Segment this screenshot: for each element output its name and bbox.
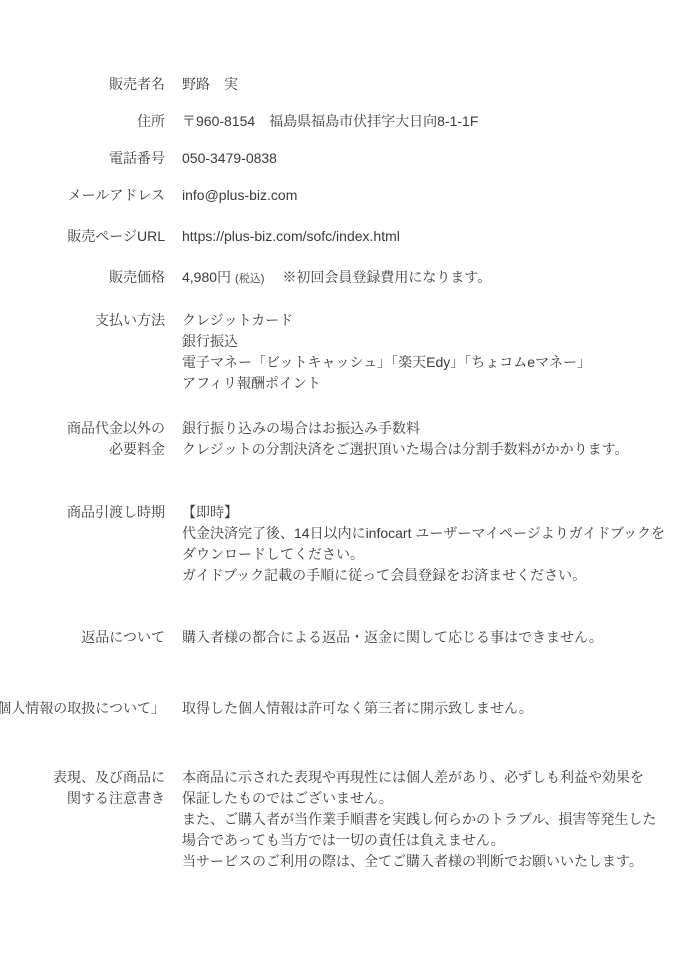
phone-label: 電話番号 [0,148,165,169]
price-tax-note: (税込) [235,269,264,290]
sales-page-url-label: 販売ページURL [0,226,165,247]
returns-policy-label: 返品について [0,627,165,648]
returns-policy-value: 購入者様の都合による返品・返金に関して応じる事はできません。 [182,627,699,648]
row-seller-name: 販売者名 野路 実 [0,74,699,95]
address-label: 住所 [0,111,165,132]
phone-value: 050-3479-0838 [182,148,699,169]
sales-page-url-value: https://plus-biz.com/sofc/index.html [182,226,699,247]
row-disclaimer: 表現、及び商品に 関する注意書き 本商品に示された表現や再現性には個人差があり、… [0,767,699,872]
row-email: メールアドレス info@plus-biz.com [0,185,699,206]
address-value: 〒960-8154 福島県福島市伏拝字大日向8-1-1F [182,111,699,132]
payment-methods-value: クレジットカード 銀行振込 電子マネー「ビットキャッシュ」「楽天Edy」「ちょコ… [182,310,699,394]
row-payment-methods: 支払い方法 クレジットカード 銀行振込 電子マネー「ビットキャッシュ」「楽天Ed… [0,310,699,394]
additional-fees-value: 銀行振り込みの場合はお振込み手数料 クレジットの分割決済をご選択頂いた場合は分割… [182,418,699,460]
price-value: 4,980円 (税込) ※初回会員登録費用になります。 [182,267,699,290]
price-registration-note: ※初回会員登録費用になります。 [282,267,491,288]
seller-name-value: 野路 実 [182,74,699,95]
additional-fees-label: 商品代金以外の 必要料金 [0,418,165,460]
price-amount: 4,980円 [182,267,231,288]
seller-disclosure-document: 販売者名 野路 実 住所 〒960-8154 福島県福島市伏拝字大日向8-1-1… [0,0,699,976]
row-additional-fees: 商品代金以外の 必要料金 銀行振り込みの場合はお振込み手数料 クレジットの分割決… [0,418,699,460]
email-label: メールアドレス [0,185,165,206]
disclaimer-value: 本商品に示された表現や再現性には個人差があり、必ずしも利益や効果を 保証したもの… [182,767,699,872]
row-delivery-time: 商品引渡し時期 【即時】 代金決済完了後、14日以内にinfocart ユーザー… [0,502,699,586]
row-address: 住所 〒960-8154 福島県福島市伏拝字大日向8-1-1F [0,111,699,132]
row-returns-policy: 返品について 購入者様の都合による返品・返金に関して応じる事はできません。 [0,627,699,648]
price-label: 販売価格 [0,267,165,288]
delivery-time-label: 商品引渡し時期 [0,502,165,523]
payment-methods-label: 支払い方法 [0,310,165,331]
disclaimer-label: 表現、及び商品に 関する注意書き [0,767,165,809]
row-phone: 電話番号 050-3479-0838 [0,148,699,169]
privacy-policy-value: 取得した個人情報は許可なく第三者に開示致しません。 [182,698,699,719]
seller-name-label: 販売者名 [0,74,165,95]
privacy-policy-label: 「個人情報の取扱について」 [0,698,165,719]
row-privacy-policy: 「個人情報の取扱について」 取得した個人情報は許可なく第三者に開示致しません。 [0,698,699,719]
delivery-time-value: 【即時】 代金決済完了後、14日以内にinfocart ユーザーマイページよりガ… [182,502,699,586]
row-sales-page-url: 販売ページURL https://plus-biz.com/sofc/index… [0,226,699,247]
email-value: info@plus-biz.com [182,185,699,206]
row-price: 販売価格 4,980円 (税込) ※初回会員登録費用になります。 [0,267,699,290]
